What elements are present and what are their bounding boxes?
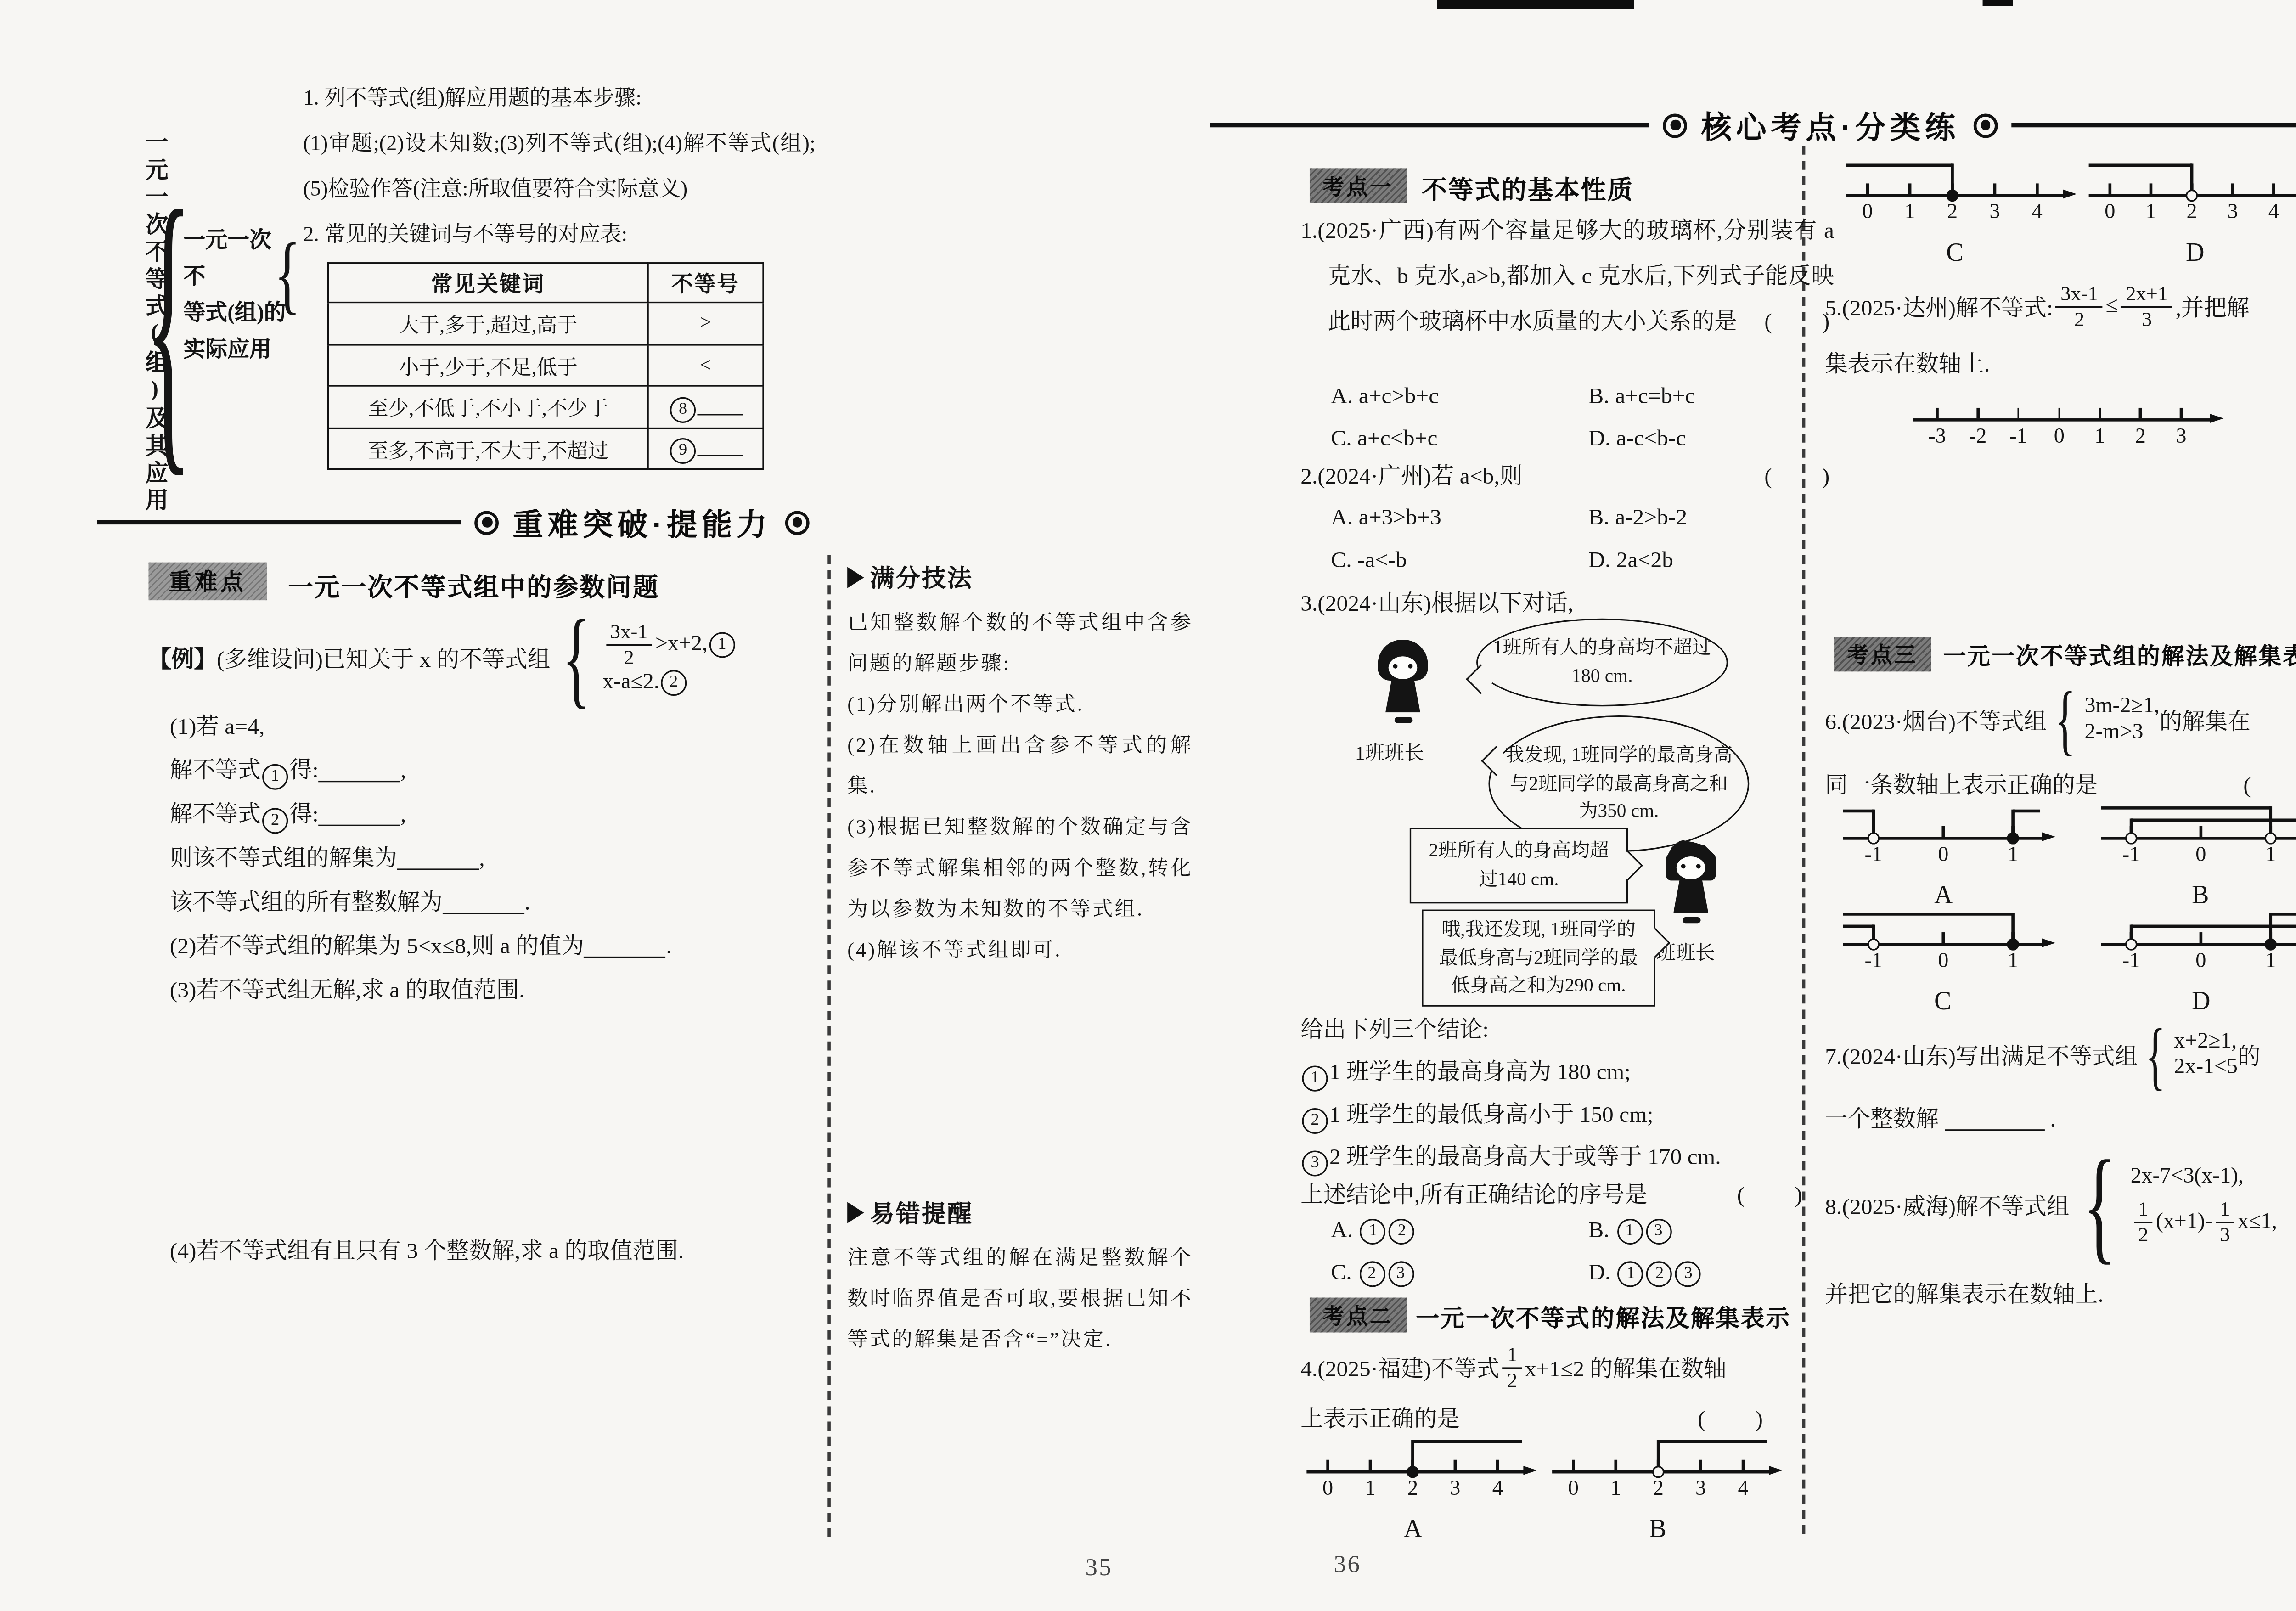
- numberline-label-d: D: [2186, 238, 2205, 268]
- numberline-nlt: [2036, 183, 2038, 194]
- tip-line: (1)分别解出两个不等式.: [847, 684, 1193, 725]
- bullseye-icon: [475, 510, 499, 535]
- question-4: 4.(2025·福建)不等式 1 2 x+1≤2 的解集在数轴: [1300, 1337, 1726, 1397]
- option-b: B. a-2>b-2: [1588, 497, 1687, 540]
- bubble-tail: [1613, 851, 1643, 880]
- numberline-nll: 1: [1992, 951, 2034, 975]
- numberline-nlt: [2180, 408, 2183, 418]
- question-line: 该不等式组的所有整数解为.: [170, 882, 672, 926]
- answer-bracket: ( ): [1737, 1173, 1804, 1219]
- numberline-nll: 1: [2130, 202, 2172, 226]
- girl-monitor-figure: [1376, 640, 1431, 727]
- keywords-cell: 大于,多于,超过,高于: [328, 303, 648, 344]
- col-header-keywords: 常见关键词: [328, 263, 648, 303]
- question-2-options: A. a+3>b+3 B. a-2>b-2 C. -a<-b D. 2a<2b: [1331, 497, 1687, 582]
- bullseye-icon: [1974, 113, 1998, 137]
- question-6: 6.(2023·烟台)不等式组 { 3m-2≥1, 2-m>3 的解集在: [1825, 676, 2251, 764]
- topic-1-title: 不等式的基本性质: [1422, 170, 1634, 206]
- numberline-q6-option-b: -101: [2101, 797, 2296, 870]
- answer-blank: [697, 433, 743, 457]
- scan-artifact: [1983, 0, 2013, 6]
- note-item-1-steps: (1)审题;(2)设未知数;(3)列不等式(组);(4)解不等式(组);(5)检…: [303, 123, 816, 214]
- question-text: 的解集在: [2160, 704, 2251, 736]
- numberline-nlo: [1658, 1440, 1767, 1443]
- question-line: (1)若 a=4,: [170, 706, 672, 750]
- dialogue-illustration: 1班班长 1班所有人的身高均不超过180 cm. 我发现, 1班同学的最高身高与…: [1300, 613, 1807, 1007]
- denominator: 2: [2133, 1222, 2153, 1247]
- concept-map-branch-label: 一元一次不 等式(组)的 实际应用: [183, 223, 289, 368]
- numberline-nlx: [1913, 418, 2212, 421]
- expression-text: x≤1,: [2238, 1209, 2277, 1234]
- inequality-system: { 3x-1 2 >x+2, 1 x-a≤2. 2: [550, 595, 736, 721]
- numberline-nll: -2: [1957, 426, 1999, 451]
- numberline-nll: -3: [1916, 426, 1958, 451]
- rule: [1210, 123, 1649, 127]
- fraction: 1 2: [2133, 1197, 2153, 1246]
- inequality-system: { 3m-2≥1, 2-m>3: [2047, 676, 2160, 765]
- keywords-cell: 至多,不高于,不大于,不超过: [328, 428, 648, 469]
- answer-blank: [319, 758, 400, 782]
- circled-number: 1: [262, 764, 288, 790]
- question-7-line2: 一个整数解 .: [1825, 1098, 2056, 1143]
- numberline-nll: 4: [1476, 1478, 1519, 1502]
- numberline-nld: [2265, 938, 2277, 950]
- circled-number: 3: [1645, 1218, 1671, 1244]
- numberline-nlo: [2271, 913, 2296, 915]
- question-3-conclusions: 给出下列三个结论: 11 班学生的最高身高为 180 cm; 21 班学生的最低…: [1300, 1009, 1721, 1179]
- fraction: 2x+1 3: [2121, 282, 2172, 331]
- key-point-badge: 重难点: [148, 563, 266, 601]
- face: [1389, 656, 1418, 679]
- numerator: 3x-1: [2056, 282, 2103, 307]
- example-questions: (1)若 a=4, 解不等式1得:, 解不等式2得:, 则该不等式组的解集为, …: [170, 706, 672, 1014]
- system-brace-icon: {: [2146, 1011, 2166, 1099]
- fraction: 3x-1 2: [2056, 282, 2103, 331]
- tip-line: 已知整数解个数的不等式组中含参问题的解题步骤:: [847, 602, 1193, 683]
- numberline-nll: 4: [2252, 202, 2295, 226]
- system-line-2: 2x-1<5: [2174, 1055, 2238, 1081]
- keywords-cell: 小于,少于,不足,低于: [328, 344, 648, 386]
- system-line-2: x-a≤2. 2: [602, 670, 688, 696]
- table-row: 大于,多于,超过,高于 >: [328, 303, 763, 344]
- numberline-nld open: [1868, 832, 1880, 844]
- numberline-nll: 0: [2038, 426, 2080, 451]
- option-b: B. a+c=b+c: [1588, 376, 1695, 418]
- symbol-cell: <: [648, 344, 763, 386]
- numberline-nll: -1: [1852, 951, 1895, 975]
- column-divider: [827, 555, 831, 1537]
- fill-blank-cell: 9: [648, 428, 763, 469]
- topic-2-badge: 考点二: [1310, 1298, 1407, 1333]
- numberline-nld open: [2265, 832, 2277, 844]
- circled-number: 2: [661, 670, 687, 696]
- answer-blank: [319, 802, 400, 826]
- numberline-nla: [1523, 1466, 1537, 1476]
- numberline-nld: [1946, 189, 1958, 201]
- system-line-1: 3x-1 2 >x+2, 1: [602, 620, 736, 670]
- numberline-nlt: [2058, 408, 2060, 418]
- tip-technique-body: 已知整数解个数的不等式组中含参问题的解题步骤: (1)分别解出两个不等式. (2…: [847, 602, 1193, 970]
- numberline-nld: [2007, 832, 2019, 844]
- tip-title: 满分技法: [870, 559, 974, 594]
- option-c: C. 23: [1331, 1252, 1588, 1295]
- question-5: 5.(2025·达州)解不等式: 3x-1 2 ≤ 2x+1 3 ,并把解: [1825, 273, 2249, 339]
- numberline-nll: -1: [1852, 845, 1895, 869]
- feet: [1683, 917, 1701, 923]
- fraction: 1 3: [2215, 1197, 2234, 1246]
- summary-text: 上述结论中,所有正确结论的序号是: [1300, 1184, 1647, 1208]
- concept-map-sub-brace-icon: {: [274, 217, 300, 332]
- numberline-nlo: [1412, 1440, 1522, 1443]
- numberline-nlt: [1742, 1460, 1745, 1470]
- tip-line: (4)解该不等式组即可.: [847, 929, 1193, 970]
- numberline-nlt: [2200, 826, 2202, 837]
- section-title: 重难突破·提能力: [513, 500, 771, 544]
- numberline-label-c: C: [1946, 238, 1963, 268]
- numberline-nll: 1: [2079, 426, 2121, 451]
- numberline-q6-option-c: -101: [1843, 903, 2055, 976]
- question-text: 的: [2238, 1039, 2261, 1071]
- question-text: ,并把解: [2176, 290, 2250, 322]
- numberline-nll: 3: [2160, 426, 2202, 451]
- question-3-options: A. 12 B. 13 C. 23 D. 123: [1331, 1210, 1703, 1295]
- topic-3-badge: 考点三: [1834, 637, 1931, 671]
- numberline-nll: 4: [2016, 202, 2058, 226]
- tip-line: (3)根据已知整数解的个数确定与含参不等式解集相邻的两个整数,转化为以参数为未知…: [847, 806, 1193, 929]
- scan-page-spread: 一元一次不等式(组)及其应用 { 一元一次不 等式(组)的 实际应用 { 1. …: [0, 0, 2296, 1611]
- fraction: 3x-1 2: [606, 620, 653, 670]
- numberline-nlt: [2017, 408, 2020, 418]
- numberline-nlt: [1977, 408, 1979, 418]
- numberline-nlt: [1909, 183, 1911, 194]
- numberline-nll: 1: [1595, 1478, 1637, 1502]
- speech-bubble-4: 哦,我还发现, 1班同学的最低身高与2班同学的最低身高之和为290 cm.: [1422, 910, 1655, 1007]
- keyword-inequality-table: 常见关键词 不等号 大于,多于,超过,高于 > 小于,少于,不足,低于 < 至少…: [327, 262, 764, 470]
- numberline-q5: -3-2-10123: [1913, 379, 2224, 451]
- bubble-text: 哦,我还发现, 1班同学的最低身高与2班同学的最低身高之和为290 cm.: [1435, 915, 1642, 1001]
- option-a: A. a+3>b+3: [1331, 497, 1588, 540]
- scan-artifact: [1437, 0, 1634, 9]
- system-brace-icon: {: [2083, 1132, 2117, 1279]
- topic-3-title: 一元一次不等式组的解法及解集表示: [1943, 640, 2296, 671]
- boy-monitor-figure: [1664, 840, 1719, 928]
- triangle-icon: [847, 566, 864, 587]
- numberline-nlo: [2101, 806, 2271, 809]
- numberline-nlt: [1369, 1460, 1372, 1470]
- question-text: 4.(2025·福建)不等式: [1300, 1352, 1499, 1383]
- circled-number: 1: [1618, 1261, 1643, 1286]
- numberline-nlt: [1327, 1460, 1329, 1470]
- example-tag: 【例】: [148, 642, 217, 674]
- section-title: 核心考点·分类练: [1701, 103, 1960, 147]
- concept-map-notes: 1. 列不等式(组)解应用题的基本步骤: (1)审题;(2)设未知数;(3)列不…: [303, 77, 816, 259]
- numerator: 1: [2133, 1197, 2153, 1222]
- question-1-options: A. a+c>b+c B. a+c=b+c C. a+c<b+c D. a-c<…: [1331, 376, 1695, 461]
- option-b: B. 13: [1588, 1210, 1672, 1252]
- conclusion-intro: 给出下列三个结论:: [1300, 1009, 1721, 1052]
- question-text: 6.(2023·烟台)不等式组: [1825, 704, 2047, 736]
- numberline-nll: 2: [2119, 426, 2161, 451]
- numberline-nla: [2063, 190, 2077, 199]
- answer-blank: [584, 934, 666, 958]
- page-number-right: 36: [1334, 1552, 1361, 1579]
- numberline-nlt: [2099, 408, 2101, 418]
- face: [1677, 856, 1705, 879]
- numberline-nld open: [2186, 189, 2198, 201]
- rule: [97, 520, 461, 524]
- numerator: 2x+1: [2121, 282, 2172, 307]
- numberline-nlt: [1942, 826, 1944, 837]
- circled-number: 1: [709, 632, 735, 658]
- numberline-nla: [2042, 833, 2055, 842]
- numberline-nlo: [1843, 925, 1874, 928]
- system-line-1: 3m-2≥1,: [2084, 694, 2159, 720]
- bubble-text: 2班所有人的身高均超过140 cm.: [1424, 837, 1615, 894]
- inequality-text: x-a≤2.: [602, 670, 659, 696]
- denominator: 3: [2137, 307, 2156, 331]
- numberline-nll: 1: [1889, 202, 1931, 226]
- numberline-nll: 0: [2180, 845, 2222, 869]
- speech-bubble-1: 1班所有人的身高均不超过180 cm.: [1476, 619, 1728, 706]
- speech-bubble-3: 2班所有人的身高均超过140 cm.: [1410, 828, 1628, 903]
- numberline-q6-option-d: -101: [2101, 903, 2296, 976]
- answer-blank: [443, 890, 524, 914]
- question-line: 解不等式1得:,: [170, 750, 672, 794]
- table-row: 小于,少于,不足,低于 <: [328, 344, 763, 386]
- numberline-nlt: [1936, 408, 1938, 418]
- question-line: (2)若不等式组的解集为 5<x≤8,则 a 的值为.: [170, 926, 672, 970]
- question-line: (3)若不等式组无解,求 a 的取值范围.: [170, 970, 672, 1014]
- note-item-2: 2. 常见的关键词与不等号的对应表:: [303, 214, 816, 259]
- numberline-nll: 4: [1722, 1478, 1764, 1502]
- conclusion-1: 11 班学生的最高身高为 180 cm;: [1300, 1052, 1721, 1094]
- inequality-system: { x+2≥1, 2x-1<5: [2138, 1011, 2238, 1099]
- numberline-nla: [1769, 1466, 1783, 1476]
- numberline-nld open: [1868, 938, 1880, 950]
- numberline-nld open: [2125, 938, 2137, 950]
- table-header-row: 常见关键词 不等号: [328, 263, 763, 303]
- question-text: 1.(2025·广西)有两个容量足够大的玻璃杯,分别装有 a 克水、b 克水,a…: [1300, 220, 1834, 335]
- numberline-nll: 0: [1846, 202, 1888, 226]
- numberline-nll: 0: [1922, 845, 1964, 869]
- numberline-nll: 1: [1349, 1478, 1391, 1502]
- numberline-nld: [1407, 1465, 1418, 1477]
- col-header-symbol: 不等号: [648, 263, 763, 303]
- answer-blank: [397, 846, 479, 870]
- expression-text: (x+1)-: [2156, 1209, 2212, 1234]
- numberline-nlt: [1497, 1460, 1499, 1470]
- example-question-4: (4)若不等式组有且只有 3 个整数解,求 a 的取值范围.: [170, 1234, 684, 1266]
- numberline-nll: -1: [1997, 426, 2039, 451]
- numberline-nll: 3: [1679, 1478, 1722, 1502]
- numberline-nlo: [2013, 810, 2040, 812]
- numberline-nll: 3: [2212, 202, 2254, 226]
- table-row: 至多,不高于,不大于,不超过 9: [328, 428, 763, 469]
- system-line-1: 2x-7<3(x-1),: [2131, 1164, 2244, 1189]
- numberline-nlt: [1942, 932, 1944, 943]
- denominator: 2: [619, 646, 639, 670]
- circled-number: 3: [1302, 1150, 1328, 1176]
- question-text: 8.(2025·威海)解不等式组: [1825, 1189, 2069, 1221]
- numerator: 1: [1503, 1342, 1522, 1368]
- section-header-core: 核心考点·分类练: [1210, 103, 2296, 147]
- system-brace-icon: {: [562, 595, 591, 721]
- bullseye-icon: [1663, 113, 1688, 137]
- numberline-label-b: B: [1649, 1515, 1666, 1545]
- section-header-breakthrough: 重难突破·提能力: [97, 500, 809, 544]
- circled-number: 2: [1389, 1218, 1415, 1244]
- inequality-sign: ≤: [2105, 293, 2118, 319]
- keywords-cell: 至少,不低于,不小于,不少于: [328, 386, 648, 428]
- question-7: 7.(2024·山东)写出满足不等式组 { x+2≥1, 2x-1<5 的: [1825, 1013, 2260, 1098]
- numberline-nlt: [1994, 183, 1996, 194]
- numberline-nlt: [1572, 1460, 1575, 1470]
- bullseye-icon: [785, 510, 810, 535]
- example-statement: 【例】 (多维设问)已知关于 x 的不等式组 { 3x-1 2 >x+2, 1 …: [148, 600, 736, 715]
- body: [1385, 679, 1420, 713]
- tip-line: (2)在数轴上画出含参不等式的解集.: [847, 725, 1193, 806]
- question-text: 5.(2025·达州)解不等式:: [1825, 290, 2053, 322]
- branch-line: 实际应用: [183, 332, 289, 368]
- numberline-nll: -1: [2110, 951, 2152, 975]
- option-a: A. 12: [1331, 1210, 1588, 1252]
- question-text: 同一条数轴上表示正确的是: [1825, 775, 2098, 799]
- numberline-nll: 3: [1434, 1478, 1476, 1502]
- system-line-2: 2-m>3: [2084, 720, 2143, 746]
- note-item-1: 1. 列不等式(组)解应用题的基本步骤:: [303, 77, 816, 123]
- example-intro: (多维设问)已知关于 x 的不等式组: [217, 642, 550, 674]
- numberline-nlt: [2273, 183, 2275, 194]
- denominator: 3: [2215, 1222, 2234, 1247]
- numberline-q6-option-a: -101: [1843, 797, 2055, 870]
- circled-number: 2: [1302, 1108, 1328, 1134]
- circled-number: 1: [1302, 1066, 1328, 1092]
- bubble-text: 1班所有人的身高均不超过180 cm.: [1490, 634, 1715, 691]
- numberline-nla: [2042, 939, 2055, 948]
- girl-label: 1班班长: [1355, 737, 1424, 766]
- system-brace-icon: {: [2055, 676, 2076, 765]
- numberline-nlt: [2150, 183, 2152, 194]
- numberline-nlt: [1866, 183, 1868, 194]
- numberline-nlo: [1843, 810, 1874, 812]
- numberline-nlt: [2232, 183, 2234, 194]
- numberline-nll: 2: [2171, 202, 2213, 226]
- circled-number: 8: [670, 397, 696, 422]
- symbol-cell: >: [648, 303, 763, 344]
- question-text: 一个整数解: [1825, 1108, 1939, 1132]
- numberline-nll: 0: [1922, 951, 1964, 975]
- answer-blank: [697, 391, 743, 415]
- question-8: 8.(2025·威海)解不等式组 { 2x-7<3(x-1), 1 2 (x+1…: [1825, 1140, 2277, 1270]
- numberline-nld open: [2125, 832, 2137, 844]
- fraction: 1 2: [1503, 1342, 1522, 1392]
- numberline-nlt: [2139, 408, 2142, 418]
- numberline-nla: [2210, 414, 2224, 423]
- tip-error-body: 注意不等式组的解在满足整数解个数时临界值是否可取,要根据已知不等式的解集是否含“…: [847, 1237, 1193, 1360]
- numberline-q4-option-c: 01234: [1846, 155, 2077, 227]
- circled-number: 3: [1676, 1261, 1701, 1286]
- numberline-q4-option-d: 01234: [2089, 155, 2296, 227]
- option-d: D. 2a<2b: [1588, 540, 1673, 582]
- option-d: D. 123: [1588, 1252, 1703, 1295]
- question-text: x+1≤2 的解集在数轴: [1525, 1352, 1727, 1383]
- circled-number: 1: [1616, 1218, 1642, 1244]
- triangle-icon: [847, 1201, 864, 1222]
- page-number-left: 35: [1085, 1555, 1112, 1583]
- option-a: A. a+c>b+c: [1331, 376, 1588, 418]
- numberline-q4-option-a: 01234: [1306, 1431, 1537, 1504]
- numberline-nll: 0: [2180, 951, 2222, 975]
- numberline-nll: -1: [2110, 845, 2152, 869]
- numberline-nlo: [1846, 163, 1952, 166]
- bubble-text: 我发现, 1班同学的最高身高与2班同学的最高身高之和为350 cm.: [1502, 741, 1735, 827]
- numberline-nlo: [1843, 913, 2013, 915]
- tip-technique-header: 满分技法: [847, 559, 973, 594]
- rule: [2011, 123, 2296, 127]
- table-row: 至少,不低于,不小于,不少于 8: [328, 386, 763, 428]
- question-line: 解不等式2得:,: [170, 794, 672, 839]
- circled-number: 2: [1647, 1261, 1672, 1286]
- branch-line: 一元一次不: [183, 223, 289, 295]
- numberline-nlt: [1699, 1460, 1702, 1470]
- numerator: 3x-1: [606, 620, 653, 646]
- numberline-nll: 0: [1306, 1478, 1349, 1502]
- numberline-nld open: [1652, 1465, 1664, 1477]
- system-line-1: x+2≥1,: [2174, 1029, 2237, 1055]
- numberline-nll: 3: [1974, 202, 2016, 226]
- numberline-nlt: [2200, 932, 2202, 943]
- question-1: 1.(2025·广西)有两个容量足够大的玻璃杯,分别装有 a 克水、b 克水,a…: [1300, 209, 1834, 346]
- circled-number: 3: [1388, 1261, 1413, 1286]
- circled-number: 9: [670, 439, 696, 464]
- circled-number: 2: [262, 808, 288, 834]
- tip-error-header: 易错提醒: [847, 1194, 973, 1229]
- inequality-text: >x+2,: [655, 632, 708, 658]
- numberline-nll: 2: [1931, 202, 1973, 226]
- question-text: 7.(2024·山东)写出满足不等式组: [1825, 1039, 2138, 1071]
- numberline-label-a: A: [1404, 1515, 1423, 1545]
- circled-number: 1: [1360, 1218, 1386, 1244]
- numberline-nll: 0: [1552, 1478, 1594, 1502]
- tip-title: 易错提醒: [870, 1194, 974, 1229]
- conclusion-2: 21 班学生的最低身高小于 150 cm;: [1300, 1094, 1721, 1137]
- numberline-nlt: [1615, 1460, 1617, 1470]
- system-line-2: 1 2 (x+1)- 1 3 x≤1,: [2131, 1197, 2277, 1246]
- question-2: 2.(2024·广州)若 a<b,则 ( ): [1300, 455, 1834, 500]
- numberline-nlt: [1454, 1460, 1457, 1470]
- numberline-nll: 2: [1391, 1478, 1434, 1502]
- answer-blank: [1944, 1107, 2044, 1131]
- numberline-nll: 0: [2089, 202, 2131, 226]
- body: [1673, 879, 1708, 913]
- numberline-nll: 2: [1637, 1478, 1679, 1502]
- answer-bracket: ( ): [1792, 455, 1831, 500]
- option-c: C. -a<-b: [1331, 540, 1588, 582]
- numberline-nlt: [2109, 183, 2111, 194]
- question-text: 2.(2024·广州)若 a<b,则: [1300, 465, 1522, 490]
- circled-number: 2: [1359, 1261, 1384, 1286]
- inequality-system: { 2x-7<3(x-1), 1 2 (x+1)- 1 3 x≤1,: [2070, 1132, 2278, 1279]
- denominator: 2: [1503, 1368, 1522, 1392]
- branch-line: 等式(组)的: [183, 296, 289, 332]
- numerator: 1: [2215, 1197, 2234, 1222]
- feet: [1395, 717, 1413, 722]
- fill-blank-cell: 8: [648, 386, 763, 428]
- question-line: 则该不等式组的解集为,: [170, 838, 672, 882]
- numberline-nld: [2007, 938, 2019, 950]
- question-text: 上表示正确的是: [1300, 1408, 1460, 1433]
- numberline-nll: 1: [1992, 845, 2034, 869]
